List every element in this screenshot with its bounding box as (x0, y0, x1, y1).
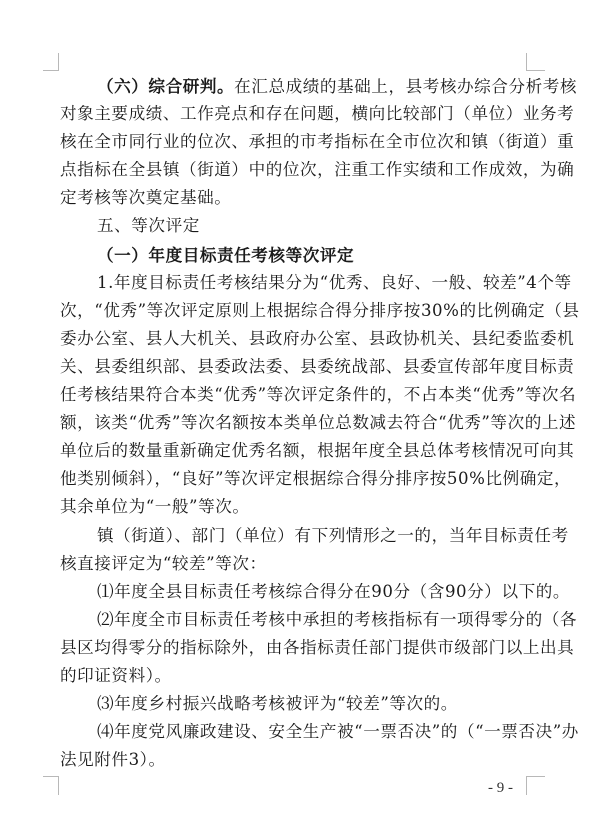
paragraph-line: 法见附件3）。 (60, 746, 526, 774)
section-subheading: （一）年度目标责任考核等次评定 (60, 241, 526, 269)
paragraph-line: 他类别倾斜），“良好”等次评定根据综合得分排序按50%比例确定， (60, 465, 526, 493)
crop-mark-top-right (526, 53, 545, 71)
paragraph-line: 镇（街道）、部门（单位）有下列情形之一的，当年目标责任考 (60, 522, 526, 550)
paragraph-line: （六）综合研判。在汇总成绩的基础上，县考核办综合分析考核 (60, 72, 526, 100)
paragraph-line: 额，该类“优秀”等次名额按本类单位总数减去符合“优秀”等次的上述 (60, 409, 526, 437)
paragraph-line: 县区均得零分的指标除外，由各指标责任部门提供市级部门以上出具 (60, 634, 526, 662)
document-page: （六）综合研判。在汇总成绩的基础上，县考核办综合分析考核 对象主要成绩、工作亮点… (0, 0, 593, 840)
list-item: ⑴年度全县目标责任考核综合得分在90分（含90分）以下的。 (60, 578, 526, 606)
paragraph-line: 核直接评定为“较差”等次： (60, 550, 526, 578)
paragraph-line: 1.年度目标责任考核结果分为“优秀、良好、一般、较差”4个等 (60, 269, 526, 297)
section-heading: 五、等次评定 (60, 212, 526, 240)
paragraph-line: 对象主要成绩、工作亮点和存在问题，横向比较部门（单位）业务考 (60, 100, 526, 128)
list-item: ⑷年度党风廉政建设、安全生产被“一票否决”的（“一票否决”办 (60, 718, 526, 746)
paragraph-line: 定考核等次奠定基础。 (60, 184, 526, 212)
paragraph-line: 核在全市同行业的位次、承担的市考指标在全市位次和镇（街道）重 (60, 128, 526, 156)
page-number: - 9 - (488, 780, 513, 797)
paragraph-line: 其余单位为“一般”等次。 (60, 493, 526, 521)
paragraph-line: 的印证资料）。 (60, 662, 526, 690)
section-lead-bold: （六）综合研判。 (97, 76, 234, 96)
paragraph-line: 委办公室、县人大机关、县政府办公室、县政协机关、县纪委监委机 (60, 325, 526, 353)
crop-mark-top-left (43, 53, 59, 71)
paragraph-line: 点指标在全县镇（街道）中的位次，注重工作实绩和工作成效，为确 (60, 156, 526, 184)
crop-mark-bottom-right (526, 776, 545, 795)
paragraph-line: 次，“优秀”等次评定原则上根据综合得分排序按30%的比例确定（县 (60, 297, 526, 325)
list-item: ⑶年度乡村振兴战略考核被评为“较差”等次的。 (60, 690, 526, 718)
paragraph-line: 任考核结果符合本类“优秀”等次评定条件的，不占本类“优秀”等次名 (60, 381, 526, 409)
crop-mark-bottom-left (43, 776, 59, 795)
paragraph-line: 关、县委组织部、县委政法委、县委统战部、县委宣传部年度目标责 (60, 353, 526, 381)
document-body: （六）综合研判。在汇总成绩的基础上，县考核办综合分析考核 对象主要成绩、工作亮点… (60, 72, 526, 774)
paragraph-line: 单位后的数量重新确定优秀名额，根据年度全县总体考核情况可向其 (60, 437, 526, 465)
list-item: ⑵年度全市目标责任考核中承担的考核指标有一项得零分的（各 (60, 606, 526, 634)
